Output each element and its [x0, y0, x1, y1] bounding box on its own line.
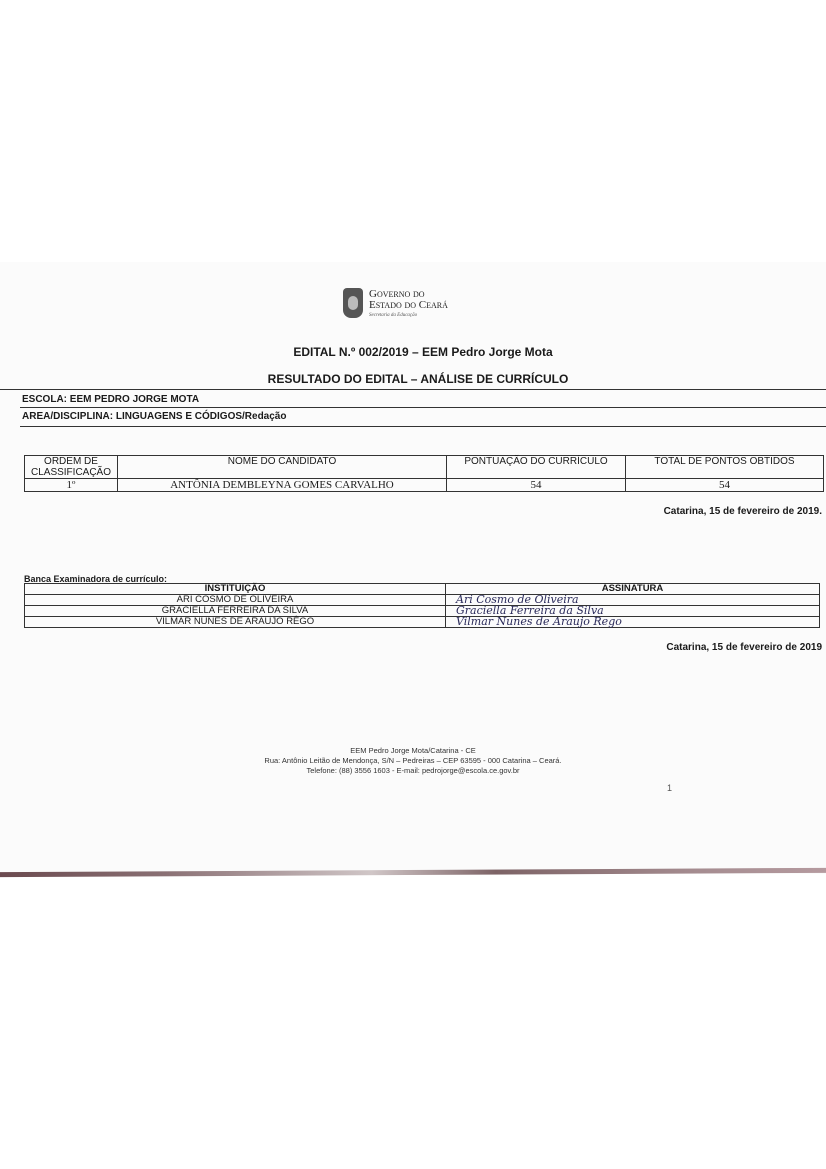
area-field: AREA/DISCIPLINA: LINGUAGENS E CÓDIGOS/Re…: [22, 411, 286, 422]
cell-nome: VILMAR NUNES DE ARAUJO RÊGO: [25, 617, 446, 628]
banca-table: INSTITUIÇÃO ASSINATURA ARI COSMO DE OLIV…: [24, 583, 820, 628]
table-row: ARI COSMO DE OLIVEIRA Ari Cosmo de Olive…: [25, 595, 820, 606]
government-logo: Governo do Estado do Ceará Secretaria da…: [343, 288, 448, 318]
table-row: 1º ANTÔNIA DEMBLEYNA GOMES CARVALHO 54 5…: [25, 479, 824, 492]
results-table: ORDEM DE CLASSIFICAÇÃO NOME DO CANDIDATO…: [24, 455, 824, 492]
divider: [20, 407, 826, 408]
cell-nome: ARI COSMO DE OLIVEIRA: [25, 595, 446, 606]
date-line: Catarina, 15 de fevereiro de 2019.: [664, 506, 822, 517]
col-header-total: TOTAL DE PONTOS OBTIDOS: [626, 456, 824, 479]
table-row: VILMAR NUNES DE ARAUJO RÊGO Vilmar Nunes…: [25, 617, 820, 628]
date-line: Catarina, 15 de fevereiro de 2019: [666, 642, 822, 653]
result-subtitle: RESULTADO DO EDITAL – ANÁLISE DE CURRÍCU…: [5, 372, 826, 386]
footer-line2: Rua: Antônio Leitão de Mendonça, S/N – P…: [0, 756, 826, 766]
page-number: 1: [667, 783, 672, 793]
edital-title: EDITAL N.º 002/2019 – EEM Pedro Jorge Mo…: [10, 345, 826, 359]
footer: EEM Pedro Jorge Mota/Catarina - CE Rua: …: [0, 746, 826, 776]
col-header-pontuacao: PONTUAÇÃO DO CURRÍCULO: [447, 456, 626, 479]
col-header-ordem: ORDEM DE CLASSIFICAÇÃO: [25, 456, 118, 479]
col-header-nome: NOME DO CANDIDATO: [118, 456, 447, 479]
cell-total: 54: [626, 479, 824, 492]
cell-ordem: 1º: [25, 479, 118, 492]
col-header-instituicao: INSTITUIÇÃO: [25, 584, 446, 595]
logo-line1: Governo do: [369, 289, 448, 300]
cell-pontuacao: 54: [447, 479, 626, 492]
divider: [0, 389, 826, 390]
cell-nome: GRACIELLA FERREIRA DA SILVA: [25, 606, 446, 617]
cell-nome: ANTÔNIA DEMBLEYNA GOMES CARVALHO: [118, 479, 447, 492]
table-row: GRACIELLA FERREIRA DA SILVA Graciella Fe…: [25, 606, 820, 617]
footer-line1: EEM Pedro Jorge Mota/Catarina - CE: [0, 746, 826, 756]
divider: [20, 426, 826, 427]
footer-line3: Telefone: (88) 3556 1603 - E-mail: pedro…: [0, 766, 826, 776]
logo-sub: Secretaria da Educação: [369, 313, 448, 318]
ceara-crest-icon: [343, 288, 363, 318]
escola-field: ESCOLA: EEM PEDRO JORGE MOTA: [22, 394, 199, 405]
signature: Vilmar Nunes de Araujo Rego: [446, 617, 820, 628]
logo-line2: Estado do Ceará: [369, 300, 448, 311]
